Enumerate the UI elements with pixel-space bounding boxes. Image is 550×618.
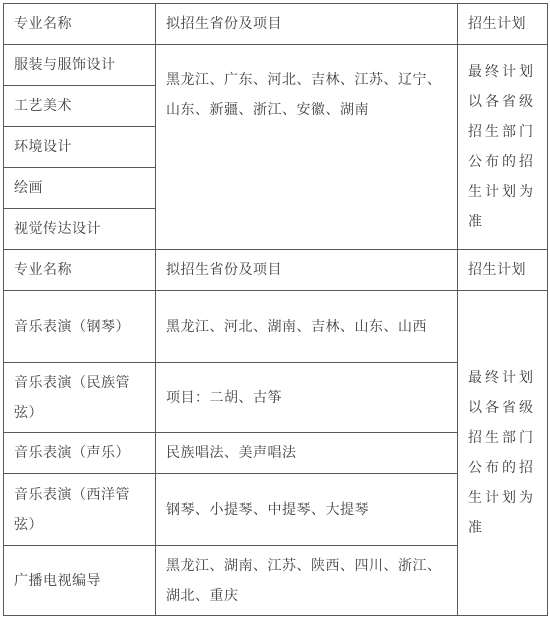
admissions-plan-document: 专业名称 拟招生省份及项目 招生计划 服装与服饰设计 黑龙江、广东、河北、吉林、…	[3, 3, 550, 616]
header-provinces: 拟招生省份及项目	[156, 4, 458, 45]
detail-cell: 黑龙江、河北、湖南、吉林、山东、山西	[156, 291, 458, 363]
major-cell: 音乐表演（西洋管弦）	[4, 474, 156, 546]
major-cell: 音乐表演（声乐）	[4, 433, 156, 474]
header-plan: 招生计划	[458, 4, 548, 45]
header-major-name: 专业名称	[4, 250, 156, 291]
plan-cell: 最终计划以各省级招生部门公布的招生计划为准	[458, 45, 548, 250]
provinces-text: 黑龙江、广东、河北、吉林、江苏、辽宁、山东、新疆、浙江、安徽、湖南	[166, 72, 442, 118]
header-major-name: 专业名称	[4, 4, 156, 45]
major-cell: 绘画	[4, 168, 156, 209]
provinces-cell: 黑龙江、广东、河北、吉林、江苏、辽宁、山东、新疆、浙江、安徽、湖南	[156, 45, 458, 250]
major-cell: 音乐表演（民族管弦）	[4, 363, 156, 433]
major-cell: 广播电视编导	[4, 546, 156, 616]
major-cell: 环境设计	[4, 127, 156, 168]
major-cell: 视觉传达设计	[4, 209, 156, 250]
header-provinces: 拟招生省份及项目	[156, 250, 458, 291]
detail-cell: 民族唱法、美声唱法	[156, 433, 458, 474]
admissions-table: 专业名称 拟招生省份及项目 招生计划 服装与服饰设计 黑龙江、广东、河北、吉林、…	[3, 3, 548, 616]
detail-cell: 钢琴、小提琴、中提琴、大提琴	[156, 474, 458, 546]
table2-header-row: 专业名称 拟招生省份及项目 招生计划	[4, 250, 548, 291]
plan-text: 最终计划以各省级招生部门公布的招生计划为准	[468, 64, 536, 230]
table-row: 服装与服饰设计 黑龙江、广东、河北、吉林、江苏、辽宁、山东、新疆、浙江、安徽、湖…	[4, 45, 548, 86]
plan-text: 最终计划以各省级招生部门公布的招生计划为准	[468, 370, 536, 536]
table1-header-row: 专业名称 拟招生省份及项目 招生计划	[4, 4, 548, 45]
detail-cell: 项目：二胡、古筝	[156, 363, 458, 433]
major-cell: 服装与服饰设计	[4, 45, 156, 86]
table-row: 音乐表演（钢琴） 黑龙江、河北、湖南、吉林、山东、山西 最终计划以各省级招生部门…	[4, 291, 548, 363]
major-cell: 工艺美术	[4, 86, 156, 127]
plan-cell: 最终计划以各省级招生部门公布的招生计划为准	[458, 291, 548, 616]
major-cell: 音乐表演（钢琴）	[4, 291, 156, 363]
header-plan: 招生计划	[458, 250, 548, 291]
detail-cell: 黑龙江、湖南、江苏、陕西、四川、浙江、湖北、重庆	[156, 546, 458, 616]
